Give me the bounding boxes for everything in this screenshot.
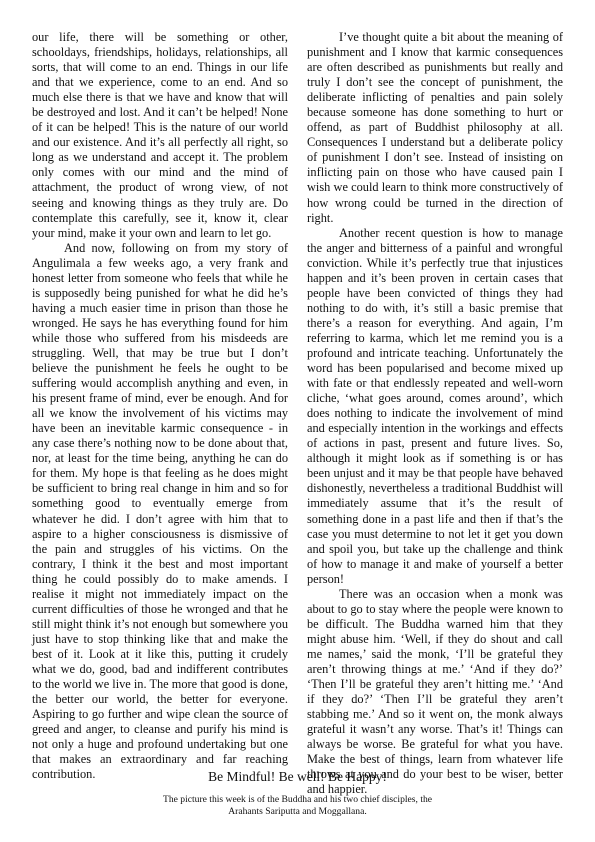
- caption-line-1: The picture this week is of the Buddha a…: [0, 794, 595, 806]
- paragraph-monk-story: There was an occasion when a monk was ab…: [307, 587, 563, 798]
- paragraph-continuation: our life, there will be something or oth…: [32, 30, 288, 241]
- right-column: I’ve thought quite a bit about the meani…: [307, 30, 563, 797]
- picture-caption: The picture this week is of the Buddha a…: [0, 794, 595, 817]
- left-column: our life, there will be something or oth…: [32, 30, 288, 782]
- paragraph-wrongful-conviction: Another recent question is how to manage…: [307, 226, 563, 587]
- caption-line-2: Arahants Sariputta and Moggallana.: [0, 806, 595, 818]
- closing-line: Be Mindful! Be well! Be Happy!: [0, 769, 595, 785]
- paragraph-angulimala-letter: And now, following on from my story of A…: [32, 241, 288, 783]
- paragraph-punishment: I’ve thought quite a bit about the meani…: [307, 30, 563, 226]
